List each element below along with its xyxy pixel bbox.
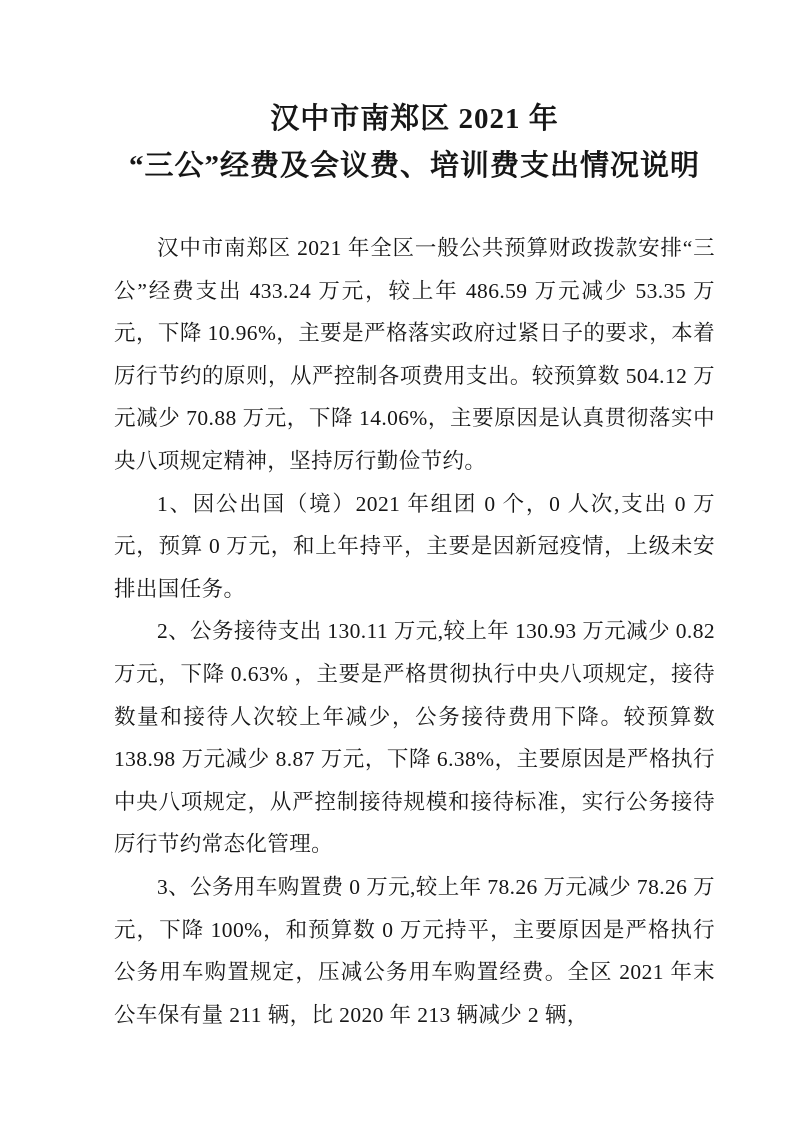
title-line-2: “三公”经费及会议费、培训费支出情况说明 (114, 143, 715, 190)
document-page: 汉中市南郑区 2021 年 “三公”经费及会议费、培训费支出情况说明 汉中市南郑… (0, 0, 793, 1122)
paragraph-item-3-vehicle-purchase: 3、公务用车购置费 0 万元,较上年 78.26 万元减少 78.26 万元，下… (114, 866, 715, 1036)
paragraph-overview-three-public-expenses: 汉中市南郑区 2021 年全区一般公共预算财政拨款安排“三公”经费支出 433.… (114, 227, 715, 483)
paragraph-item-1-overseas-trips: 1、因公出国（境）2021 年组团 0 个，0 人次,支出 0 万元，预算 0 … (114, 483, 715, 611)
title-line-1: 汉中市南郑区 2021 年 (114, 96, 715, 143)
document-title: 汉中市南郑区 2021 年 “三公”经费及会议费、培训费支出情况说明 (114, 96, 715, 190)
paragraph-item-2-official-reception: 2、公务接待支出 130.11 万元,较上年 130.93 万元减少 0.82 … (114, 610, 715, 866)
document-body: 汉中市南郑区 2021 年全区一般公共预算财政拨款安排“三公”经费支出 433.… (114, 227, 715, 1036)
